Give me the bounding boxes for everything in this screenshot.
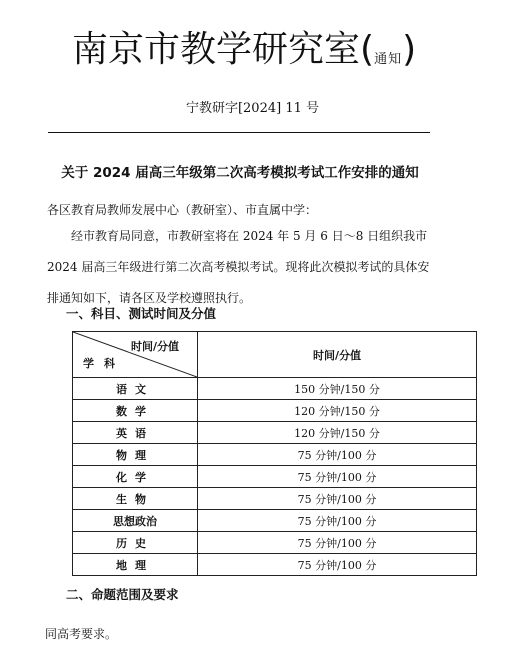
subject-cell: 思想政治 [73,510,198,532]
schedule-table: 时间/分值 学科 时间/分值 语文150 分钟/150 分 数学120 分钟/1… [72,331,477,576]
section-1-heading: 一、科目、测试时间及分值 [66,304,216,322]
table-row: 语文150 分钟/150 分 [73,378,477,400]
subject-cell: 地理 [73,554,198,576]
value-cell: 75 分钟/100 分 [198,444,477,466]
subject-cell: 化学 [73,466,198,488]
value-cell: 150 分钟/150 分 [198,378,477,400]
subject-cell: 历史 [73,532,198,554]
subject-cell: 英语 [73,422,198,444]
diagonal-header-cell: 时间/分值 学科 [73,332,198,378]
table-row: 思想政治75 分钟/100 分 [73,510,477,532]
header-divider [48,132,430,133]
value-cell: 120 分钟/150 分 [198,422,477,444]
table-row: 历史75 分钟/100 分 [73,532,477,554]
subject-cell: 物理 [73,444,198,466]
greeting: 各区教育局教师发展中心（教研室）、市直属中学： [47,201,437,219]
value-cell: 75 分钟/100 分 [198,554,477,576]
diag-top-label: 时间/分值 [131,338,179,354]
letterhead-title: 南京市教学研究室(通知) [72,26,416,84]
document-number: 宁教研字[2024] 11 号 [0,97,505,116]
subject-cell: 数学 [73,400,198,422]
value-cell: 75 分钟/100 分 [198,532,477,554]
paren-close: ) [402,29,416,70]
value-cell: 75 分钟/100 分 [198,510,477,532]
body-paragraph: 经市教育局同意，市教研室将在 2024 年 5 月 6 日～8 日组织我市 20… [47,221,437,314]
org-name: 南京市教学研究室 [72,29,360,70]
subject-cell: 生物 [73,488,198,510]
table-row: 化学75 分钟/100 分 [73,466,477,488]
column-header: 时间/分值 [198,332,477,378]
value-cell: 120 分钟/150 分 [198,400,477,422]
table-row: 英语120 分钟/150 分 [73,422,477,444]
diag-bottom-label: 学科 [83,355,125,371]
table-header-row: 时间/分值 学科 时间/分值 [73,332,477,378]
notice-subject: 关于 2024 届高三年级第二次高考模拟考试工作安排的通知 [0,161,480,181]
section-2-text: 同高考要求。 [45,625,117,642]
value-cell: 75 分钟/100 分 [198,488,477,510]
value-cell: 75 分钟/100 分 [198,466,477,488]
table-row: 地理75 分钟/100 分 [73,554,477,576]
table-row: 生物75 分钟/100 分 [73,488,477,510]
section-2-heading: 二、命题范围及要求 [66,585,179,603]
table-row: 物理75 分钟/100 分 [73,444,477,466]
subject-cell: 语文 [73,378,198,400]
table-row: 数学120 分钟/150 分 [73,400,477,422]
doc-type-label: 通知 [374,52,402,67]
paren-open: ( [360,29,374,70]
